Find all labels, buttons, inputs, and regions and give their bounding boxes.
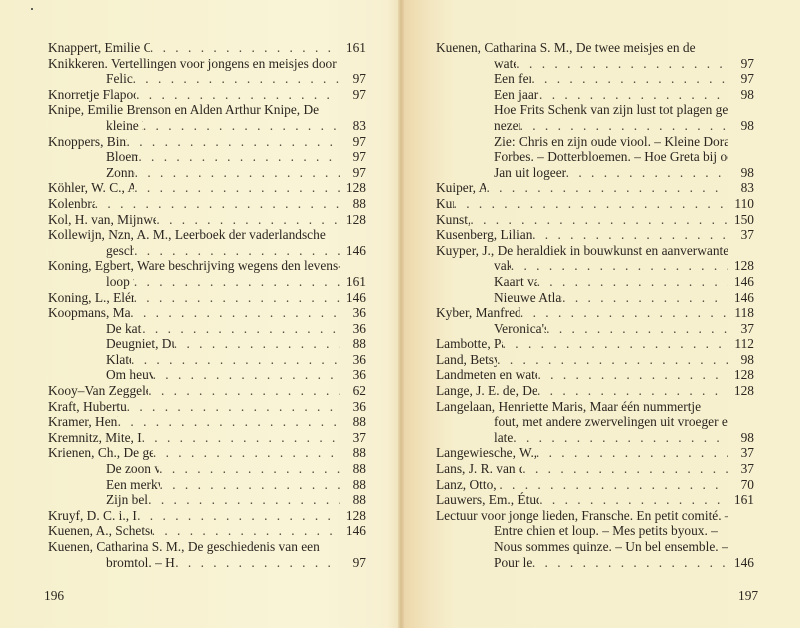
index-entry: De katoenkoning . . . . . . . . . . . . … <box>48 321 366 337</box>
entry-page-number: 128 <box>728 383 754 399</box>
leader-dots: . . . . . . . . . . . . . . . . . . . . … <box>137 508 340 524</box>
leader-dots: . . . . . . . . . . . . . . . . . . . . … <box>136 87 340 103</box>
leader-dots: . . . . . . . . . . . . . . . . . . . . … <box>454 196 728 212</box>
entry-page-number: 146 <box>728 274 754 290</box>
entry-text: Landmeten en waterpassen door Hk. J. Heu… <box>436 367 537 383</box>
entry-page-number: 98 <box>728 430 754 446</box>
index-entry: Kolenbrander, De . . . . . . . . . . . .… <box>48 196 366 212</box>
index-entry: Kremnitz, Mite, In het land der Dumbovit… <box>48 430 366 446</box>
entry-text: Een merkwaardige vacantie <box>106 477 160 493</box>
entry-text: Een ferme jongen <box>494 71 531 87</box>
entry-text: Kaart van Nederland <box>494 274 537 290</box>
index-entry: Deugniet, Durfniet en Dappere daden. . .… <box>48 336 366 352</box>
entry-page-number: 97 <box>340 149 366 165</box>
index-entry: Kruyf, D. C. i., IJzer-beton-voorschrift… <box>48 508 366 524</box>
leader-dots: . . . . . . . . . . . . . . . . . . . . … <box>511 258 728 274</box>
leader-dots: . . . . . . . . . . . . . . . . . . . . … <box>152 523 340 539</box>
index-entry: Kunst, Onze . . . . . . . . . . . . . . … <box>436 212 754 228</box>
index-entry: Krienen, Ch., De gevolgen van een onzinn… <box>48 445 366 461</box>
leader-dots: . . . . . . . . . . . . . . . . . . . . … <box>532 555 728 571</box>
entry-text: De katoenkoning <box>106 321 142 337</box>
entry-text: Krienen, Ch., De gevolgen van een onzinn… <box>48 445 153 461</box>
entry-page-number: 36 <box>340 352 366 368</box>
right-page: Kuenen, Catharina S. M., De twee meisjes… <box>400 0 800 628</box>
leader-dots: . . . . . . . . . . . . . . . . . . . . … <box>503 336 728 352</box>
leader-dots: . . . . . . . . . . . . . . . . . . . . … <box>513 430 728 446</box>
leader-dots: . . . . . . . . . . . . . . . . . . . . … <box>566 165 728 181</box>
entry-page-number: 37 <box>340 430 366 446</box>
leader-dots: . . . . . . . . . . . . . . . . . . . . … <box>134 274 340 290</box>
entry-text: geschiedenis <box>106 243 134 259</box>
entry-text: Kuiper, A. C., Elsje <box>436 180 486 196</box>
entry-text: Kunst, Onze <box>436 212 470 228</box>
entry-text: Entre chien et loup. – Mes petits byoux.… <box>494 523 718 539</box>
entry-text: Lanz, Otto, Amor's Rache <box>436 477 499 493</box>
entry-text: Klatergoud <box>106 352 131 368</box>
entry-page-number: 97 <box>340 134 366 150</box>
entry-text: nezen werd <box>494 118 520 134</box>
index-entry: Lambotte, Paul, Miniaturen . . . . . . .… <box>436 336 754 352</box>
entry-text: Pour les gourmets <box>494 555 532 571</box>
index-entry: Kuenen, Catharina S. M., De twee meisjes… <box>436 40 754 56</box>
leader-dots: . . . . . . . . . . . . . . . . . . . . … <box>174 336 340 352</box>
entry-page-number: 118 <box>728 305 754 321</box>
index-entry: bromtol. – Het was maar voor den grap . … <box>48 555 366 571</box>
entry-text: Knorretje Flapoor, door Felicie Jehu e.a… <box>48 87 136 103</box>
index-entry: Koning, L., Eléments de conversations . … <box>48 290 366 306</box>
entry-text: Bloem en Blad <box>106 149 138 165</box>
index-entry: Nous sommes quinze. – Un bel ensemble. – <box>436 539 754 555</box>
entry-text: Kramer, Henk, Dorpsjongens <box>48 414 118 430</box>
entry-text: Kuenen, Catharina S. M., De twee meisjes… <box>436 40 696 56</box>
entry-text: Köhler, W. C., Amsterdam–Boven Rijn <box>48 180 134 196</box>
index-entry: Om heuvelen vol kunst . . . . . . . . . … <box>48 367 366 383</box>
entry-text: Langelaan, Henriette Maris, Maar één num… <box>436 399 701 415</box>
entry-text: Veronica's drievoudig licht <box>494 321 546 337</box>
index-entry: Kuenen, A., Schetsen uit de geschiedenis… <box>48 523 366 539</box>
index-entry: Jan uit logeeren ging. – De Kolenbrander… <box>436 165 754 181</box>
entry-page-number: 128 <box>728 258 754 274</box>
leader-dots: . . . . . . . . . . . . . . . . . . . . … <box>148 383 340 399</box>
entry-page-number: 146 <box>728 555 754 571</box>
entry-page-number: 128 <box>340 180 366 196</box>
entry-text: Lectuur voor jonge lieden, Fransche. En … <box>436 508 728 524</box>
entry-text: Kraft, Hubertus, De majoraatsheer <box>48 399 127 415</box>
entry-page-number: 146 <box>340 243 366 259</box>
index-entry: nezen werd . . . . . . . . . . . . . . .… <box>436 118 754 134</box>
entry-page-number: 146 <box>728 290 754 306</box>
leader-dots: . . . . . . . . . . . . . . . . . . . . … <box>134 243 340 259</box>
entry-text: bromtol. – Het was maar voor den grap <box>106 555 175 571</box>
entry-page-number: 97 <box>340 165 366 181</box>
leader-dots: . . . . . . . . . . . . . . . . . . . . … <box>539 87 728 103</box>
index-entry: loop van mij . . . . . . . . . . . . . .… <box>48 274 366 290</box>
index-entry: Kuyper, J., De heraldiek in bouwkunst en… <box>436 243 754 259</box>
index-entry: Zijn belofte getrouw . . . . . . . . . .… <box>48 492 366 508</box>
index-entry: Knikkeren. Vertellingen voor jongens en … <box>48 56 366 72</box>
entry-page-number: 37 <box>728 321 754 337</box>
entry-page-number: 88 <box>340 196 366 212</box>
index-entry: Knoppers, Binnen- en Buitenshuis . . . .… <box>48 134 366 150</box>
entry-page-number: 37 <box>728 461 754 477</box>
entry-text: Kuenen, Catharina S. M., De geschiedenis… <box>48 539 320 555</box>
leader-dots: . . . . . . . . . . . . . . . . . . . . … <box>143 118 340 134</box>
index-entry: Een jaar op Buitenlust . . . . . . . . .… <box>436 87 754 103</box>
index-entry: Langelaan, Henriette Maris, Maar één num… <box>436 399 754 415</box>
leader-dots: . . . . . . . . . . . . . . . . . . . . … <box>175 555 340 571</box>
index-entry: Felicie Jehu . . . . . . . . . . . . . .… <box>48 71 366 87</box>
leader-dots: . . . . . . . . . . . . . . . . . . . . … <box>536 445 728 461</box>
page-number-right: 197 <box>738 588 758 604</box>
entry-text: Hoe Frits Schenk van zijn lust tot plage… <box>494 102 728 118</box>
entry-page-number: 98 <box>728 165 754 181</box>
entry-page-number: 161 <box>340 274 366 290</box>
entry-page-number: 128 <box>340 212 366 228</box>
leader-dots: . . . . . . . . . . . . . . . . . . . . … <box>138 149 340 165</box>
index-entry: Köhler, W. C., Amsterdam–Boven Rijn . . … <box>48 180 366 196</box>
entry-text: Zie: Chris en zijn oude viool. – Kleine … <box>494 134 728 150</box>
entry-text: Lange, J. E. de, De grondslagen der phot… <box>436 383 537 399</box>
entry-text: Langewiesche, W., Het Amerikaansche avon… <box>436 445 536 461</box>
index-entry: Zonnestralen . . . . . . . . . . . . . .… <box>48 165 366 181</box>
entry-page-number: 88 <box>340 492 366 508</box>
entry-page-number: 83 <box>728 180 754 196</box>
leader-dots: . . . . . . . . . . . . . . . . . . . . … <box>131 352 340 368</box>
entry-page-number: 83 <box>340 118 366 134</box>
index-entry: Knipe, Emilie Brenson en Alden Arthur Kn… <box>48 102 366 118</box>
index-list-right: Kuenen, Catharina S. M., De twee meisjes… <box>436 40 754 570</box>
leader-dots: . . . . . . . . . . . . . . . . . . . . … <box>150 40 340 56</box>
index-entry: Knorretje Flapoor, door Felicie Jehu e.a… <box>48 87 366 103</box>
entry-text: Knikkeren. Vertellingen voor jongens en … <box>48 56 337 72</box>
entry-text: fout, met andere zwervelingen uit vroege… <box>494 414 728 430</box>
index-entry: Kuiper, A. C., Elsje . . . . . . . . . .… <box>436 180 754 196</box>
leader-dots: . . . . . . . . . . . . . . . . . . . . … <box>118 414 340 430</box>
entry-page-number: 146 <box>340 290 366 306</box>
index-entry: Landmeten en waterpassen door Hk. J. Heu… <box>436 367 754 383</box>
entry-page-number: 112 <box>728 336 754 352</box>
entry-page-number: 146 <box>340 523 366 539</box>
entry-text: later tijd <box>494 430 513 446</box>
entry-page-number: 97 <box>340 71 366 87</box>
entry-text: Nous sommes quinze. – Un bel ensemble. – <box>494 539 728 555</box>
entry-text: vakken <box>494 258 511 274</box>
entry-text: Land, Betsy, Pepi's strijd <box>436 352 497 368</box>
entry-page-number: 128 <box>728 367 754 383</box>
entry-page-number: 37 <box>728 445 754 461</box>
index-entry: Bloem en Blad . . . . . . . . . . . . . … <box>48 149 366 165</box>
index-entry: Koopmans, Marie, De bovenmeester . . . .… <box>48 305 366 321</box>
leader-dots: . . . . . . . . . . . . . . . . . . . . … <box>148 492 340 508</box>
entry-text: Kuyper, J., De heraldiek in bouwkunst en… <box>436 243 728 259</box>
leader-dots: . . . . . . . . . . . . . . . . . . . . … <box>539 492 728 508</box>
index-entry: Kaart van Nederland . . . . . . . . . . … <box>436 274 754 290</box>
book-spine <box>398 0 404 628</box>
index-entry: Een merkwaardige vacantie . . . . . . . … <box>48 477 366 493</box>
index-entry: Een ferme jongen . . . . . . . . . . . .… <box>436 71 754 87</box>
index-entry: Pour les gourmets . . . . . . . . . . . … <box>436 555 754 571</box>
entry-page-number: 88 <box>340 461 366 477</box>
index-entry: Lectuur voor jonge lieden, Fransche. En … <box>436 508 754 524</box>
leader-dots: . . . . . . . . . . . . . . . . . . . . … <box>522 461 728 477</box>
index-entry: fout, met andere zwervelingen uit vroege… <box>436 414 754 430</box>
leader-dots: . . . . . . . . . . . . . . . . . . . . … <box>156 212 340 228</box>
entry-text: Koopmans, Marie, De bovenmeester <box>48 305 130 321</box>
entry-page-number: 88 <box>340 477 366 493</box>
leader-dots: . . . . . . . . . . . . . . . . . . . . … <box>470 212 728 228</box>
entry-page-number: 97 <box>728 56 754 72</box>
ink-speck <box>31 8 33 10</box>
entry-page-number: 110 <box>728 196 754 212</box>
leader-dots: . . . . . . . . . . . . . . . . . . . . … <box>160 477 340 493</box>
entry-page-number: 62 <box>340 383 366 399</box>
index-entry: Kusenberg, Lilian von, Men noemt mij Jac… <box>436 227 754 243</box>
entry-text: kleine Miss Fales <box>106 118 143 134</box>
entry-text: Kolenbrander, De <box>48 196 95 212</box>
leader-dots: . . . . . . . . . . . . . . . . . . . . … <box>153 445 340 461</box>
leader-dots: . . . . . . . . . . . . . . . . . . . . … <box>95 196 340 212</box>
entry-text: Om heuvelen vol kunst <box>106 367 153 383</box>
entry-page-number: 98 <box>728 87 754 103</box>
leader-dots: . . . . . . . . . . . . . . . . . . . . … <box>520 118 729 134</box>
leader-dots: . . . . . . . . . . . . . . . . . . . . … <box>153 367 340 383</box>
index-entry: Kol, H. van, Mijnwetgeving en mijnbouw i… <box>48 212 366 228</box>
index-entry: Kyber, Manfred, Als dieren spreken... . … <box>436 305 754 321</box>
leader-dots: . . . . . . . . . . . . . . . . . . . . … <box>486 180 728 196</box>
entry-text: Lans, J. R. van der, Als hartstocht drij… <box>436 461 522 477</box>
entry-text: Kusenberg, Lilian von, Men noemt mij Jac… <box>436 227 532 243</box>
leader-dots: . . . . . . . . . . . . . . . . . . . . … <box>134 290 340 306</box>
entry-text: Zijn belofte getrouw <box>106 492 148 508</box>
leader-dots: . . . . . . . . . . . . . . . . . . . . … <box>142 321 340 337</box>
entry-text: loop van mij <box>106 274 134 290</box>
index-entry: Zie: Chris en zijn oude viool. – Kleine … <box>436 134 754 150</box>
entry-text: Kyber, Manfred, Als dieren spreken... <box>436 305 520 321</box>
entry-page-number: 97 <box>340 87 366 103</box>
leader-dots: . . . . . . . . . . . . . . . . . . . . … <box>537 383 728 399</box>
entry-page-number: 98 <box>728 352 754 368</box>
entry-page-number: 88 <box>340 445 366 461</box>
entry-text: Kruyf, D. C. i., IJzer-beton-voorschrift… <box>48 508 137 524</box>
entry-text: Knoppers, Binnen- en Buitenshuis <box>48 134 127 150</box>
entry-page-number: 128 <box>340 508 366 524</box>
index-entry: De zoon van den Dorpsmid . . . . . . . .… <box>48 461 366 477</box>
entry-page-number: 161 <box>340 40 366 56</box>
entry-page-number: 36 <box>340 367 366 383</box>
index-entry: Lauwers, Em., Études et observations chi… <box>436 492 754 508</box>
index-list-left: Knappert, Emilie C., Kijkjes in den plan… <box>48 40 366 570</box>
entry-text: De zoon van den Dorpsmid <box>106 461 159 477</box>
entry-page-number: 97 <box>340 555 366 571</box>
index-entry: Hoe Frits Schenk van zijn lust tot plage… <box>436 102 754 118</box>
leader-dots: . . . . . . . . . . . . . . . . . . . . … <box>562 290 728 306</box>
entry-text: Koning, Egbert, Ware beschrijving wegens… <box>48 258 340 274</box>
index-entry: Kollewijn, Nzn, A. M., Leerboek der vade… <box>48 227 366 243</box>
index-entry: Lanz, Otto, Amor's Rache . . . . . . . .… <box>436 477 754 493</box>
index-entry: Koning, Egbert, Ware beschrijving wegens… <box>48 258 366 274</box>
entry-text: Kremnitz, Mite, In het land der Dumbovit… <box>48 430 142 446</box>
index-entry: Nieuwe Atlas der wereld in 33 kaarten . … <box>436 290 754 306</box>
index-entry: Land, Betsy, Pepi's strijd . . . . . . .… <box>436 352 754 368</box>
entry-text: Koning, L., Eléments de conversations <box>48 290 134 306</box>
entry-page-number: 36 <box>340 399 366 415</box>
index-entry: Veronica's drievoudig licht . . . . . . … <box>436 321 754 337</box>
entry-text: Deugniet, Durfniet en Dappere daden. <box>106 336 174 352</box>
entry-text: Jan uit logeeren ging. – De Kolenbrander <box>494 165 566 181</box>
leader-dots: . . . . . . . . . . . . . . . . . . . . … <box>499 477 728 493</box>
entry-page-number: 97 <box>728 71 754 87</box>
entry-page-number: 88 <box>340 336 366 352</box>
entry-page-number: 98 <box>728 118 754 134</box>
index-entry: Kooy–Van Zeggelen, M. C., Indische myste… <box>48 383 366 399</box>
leader-dots: . . . . . . . . . . . . . . . . . . . . … <box>159 461 340 477</box>
entry-text: Knipe, Emilie Brenson en Alden Arthur Kn… <box>48 102 319 118</box>
entry-page-number: 150 <box>728 212 754 228</box>
entry-text: Lambotte, Paul, Miniaturen <box>436 336 503 352</box>
index-entry: waterlelie . . . . . . . . . . . . . . .… <box>436 56 754 72</box>
index-entry: Lange, J. E. de, De grondslagen der phot… <box>436 383 754 399</box>
entry-text: Zonnestralen <box>106 165 135 181</box>
entry-page-number: 161 <box>728 492 754 508</box>
leader-dots: . . . . . . . . . . . . . . . . . . . . … <box>497 352 728 368</box>
index-entry: geschiedenis . . . . . . . . . . . . . .… <box>48 243 366 259</box>
index-entry: later tijd . . . . . . . . . . . . . . .… <box>436 430 754 446</box>
entry-text: waterlelie <box>494 56 516 72</box>
index-entry: Lans, J. R. van der, Als hartstocht drij… <box>436 461 754 477</box>
index-entry: Entre chien et loup. – Mes petits byoux.… <box>436 523 754 539</box>
index-entry: Klatergoud . . . . . . . . . . . . . . .… <box>48 352 366 368</box>
leader-dots: . . . . . . . . . . . . . . . . . . . . … <box>134 180 340 196</box>
index-entry: Forbes. – Dotterbloemen. – Hoe Greta bij… <box>436 149 754 165</box>
entry-page-number: 70 <box>728 477 754 493</box>
page-number-left: 196 <box>44 588 64 604</box>
entry-text: Knappert, Emilie C., Kijkjes in den plan… <box>48 40 150 56</box>
leader-dots: . . . . . . . . . . . . . . . . . . . . … <box>133 71 340 87</box>
leader-dots: . . . . . . . . . . . . . . . . . . . . … <box>537 367 728 383</box>
entry-page-number: 36 <box>340 305 366 321</box>
entry-text: Kol, H. van, Mijnwetgeving en mijnbouw i… <box>48 212 156 228</box>
index-entry: Kramer, Henk, Dorpsjongens . . . . . . .… <box>48 414 366 430</box>
leader-dots: . . . . . . . . . . . . . . . . . . . . … <box>516 56 728 72</box>
leader-dots: . . . . . . . . . . . . . . . . . . . . … <box>520 305 728 321</box>
index-entry: kleine Miss Fales . . . . . . . . . . . … <box>48 118 366 134</box>
book-spread: Knappert, Emilie C., Kijkjes in den plan… <box>0 0 800 628</box>
leader-dots: . . . . . . . . . . . . . . . . . . . . … <box>532 227 728 243</box>
entry-text: Kunst <box>436 196 454 212</box>
entry-text: Lauwers, Em., Études et observations chi… <box>436 492 539 508</box>
leader-dots: . . . . . . . . . . . . . . . . . . . . … <box>135 165 340 181</box>
leader-dots: . . . . . . . . . . . . . . . . . . . . … <box>537 274 728 290</box>
entry-text: Nieuwe Atlas der wereld in 33 kaarten <box>494 290 562 306</box>
entry-page-number: 37 <box>728 227 754 243</box>
entry-text: Een jaar op Buitenlust <box>494 87 539 103</box>
index-entry: Kunst . . . . . . . . . . . . . . . . . … <box>436 196 754 212</box>
index-entry: Knappert, Emilie C., Kijkjes in den plan… <box>48 40 366 56</box>
entry-text: Kuenen, A., Schetsen uit de geschiedenis… <box>48 523 152 539</box>
entry-text: Forbes. – Dotterbloemen. – Hoe Greta bij… <box>494 149 728 165</box>
leader-dots: . . . . . . . . . . . . . . . . . . . . … <box>127 399 340 415</box>
index-entry: Langewiesche, W., Het Amerikaansche avon… <box>436 445 754 461</box>
entry-page-number: 36 <box>340 321 366 337</box>
leader-dots: . . . . . . . . . . . . . . . . . . . . … <box>546 321 728 337</box>
left-page: Knappert, Emilie C., Kijkjes in den plan… <box>0 0 400 628</box>
leader-dots: . . . . . . . . . . . . . . . . . . . . … <box>127 134 340 150</box>
leader-dots: . . . . . . . . . . . . . . . . . . . . … <box>142 430 340 446</box>
entry-text: Felicie Jehu <box>106 71 133 87</box>
index-entry: vakken . . . . . . . . . . . . . . . . .… <box>436 258 754 274</box>
index-entry: Kuenen, Catharina S. M., De geschiedenis… <box>48 539 366 555</box>
leader-dots: . . . . . . . . . . . . . . . . . . . . … <box>130 305 340 321</box>
index-entry: Kraft, Hubertus, De majoraatsheer . . . … <box>48 399 366 415</box>
entry-page-number: 88 <box>340 414 366 430</box>
entry-text: Kollewijn, Nzn, A. M., Leerboek der vade… <box>48 227 326 243</box>
entry-text: Kooy–Van Zeggelen, M. C., Indische myste… <box>48 383 148 399</box>
leader-dots: . . . . . . . . . . . . . . . . . . . . … <box>531 71 728 87</box>
